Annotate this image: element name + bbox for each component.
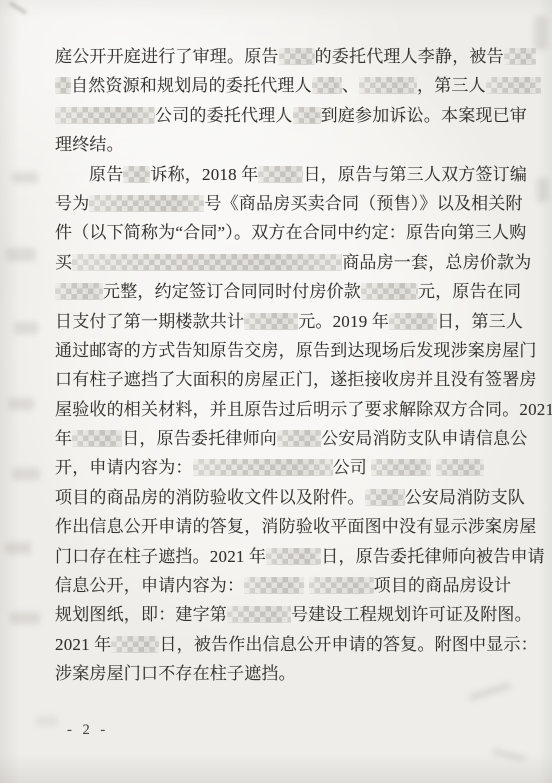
- scan-smudge: [8, 398, 34, 410]
- text-segment: ，第三人: [417, 76, 486, 95]
- text-segment: 号建设工程规划许可证及附图。: [291, 605, 532, 624]
- text-segment: 号为: [55, 194, 89, 213]
- text-segment: 庭公开开庭进行了审理。原告: [55, 47, 279, 66]
- scan-smudge: [537, 178, 549, 202]
- scan-smudge: [36, 716, 58, 726]
- text-segment: 诉称，2018 年: [150, 165, 258, 184]
- text-segment: 理终结。: [55, 135, 124, 154]
- text-segment: 、: [342, 76, 359, 95]
- text-line: 年日，原告委托律师向公安局消防支队申请信息公: [55, 424, 529, 453]
- scan-smudge: [14, 322, 38, 334]
- redaction-block: [227, 606, 291, 623]
- redaction-block: [365, 489, 405, 506]
- redaction-block: [258, 166, 303, 183]
- redaction-block: [361, 283, 418, 300]
- text-segment: 原告: [89, 165, 123, 184]
- redaction-block: [89, 195, 204, 212]
- text-segment: 2021 年: [55, 635, 111, 654]
- text-segment: [304, 576, 308, 595]
- text-line: 屋验收的相关材料，并且原告过后明示了要求解除双方合同。2021: [55, 395, 529, 424]
- text-segment: 元。2019 年: [298, 312, 389, 331]
- redaction-block: [293, 107, 321, 124]
- scanned-document-page: 庭公开开庭进行了审理。原告的委托代理人李静，被告自然资源和规划局的委托代理人、，…: [0, 0, 552, 783]
- redaction-block: [55, 77, 71, 94]
- scan-smudge: [492, 748, 526, 762]
- text-segment: 自然资源和规划局的委托代理人: [71, 76, 312, 95]
- text-line: 涉案房屋门口不存在柱子遮挡。: [55, 659, 529, 688]
- redaction-block: [193, 459, 333, 476]
- text-segment: 到庭参加诉讼。本案现已审: [321, 106, 527, 125]
- redaction-block: [55, 107, 155, 124]
- text-segment: 元，原告在同: [418, 282, 521, 301]
- scan-smudge: [12, 172, 38, 183]
- text-segment: 项目的商品房的消防验收文件以及附件。: [55, 488, 365, 507]
- document-text: 庭公开开庭进行了审理。原告的委托代理人李静，被告自然资源和规划局的委托代理人、，…: [55, 42, 529, 689]
- text-segment: 开，申请内容为：: [55, 458, 193, 477]
- text-segment: 公安局消防支队申请信息公: [321, 429, 527, 448]
- redaction-block: [309, 577, 374, 594]
- redaction-block: [486, 77, 541, 94]
- text-line: 日支付了第一期楼款共计元。2019 年日，第三人: [55, 307, 529, 336]
- text-segment: 信息公开，申请内容为：: [55, 576, 244, 595]
- text-segment: 通过邮寄的方式告知原告交房，原告到达现场后发现涉案房屋门: [55, 341, 537, 360]
- text-segment: 商品房一套，总房价款为: [342, 253, 531, 272]
- text-line: 口有柱子遮挡了大面积的房屋正门，遂拒接收房并且没有签署房: [55, 365, 529, 394]
- redaction-block: [111, 636, 159, 653]
- text-line: 庭公开开庭进行了审理。原告的委托代理人李静，被告: [55, 42, 529, 71]
- redaction-block: [279, 48, 315, 65]
- redaction-block: [371, 459, 431, 476]
- text-segment: 公安局消防支队: [405, 488, 525, 507]
- text-line: 项目的商品房的消防验收文件以及附件。公安局消防支队: [55, 483, 529, 512]
- text-line: 原告诉称，2018 年日，原告与第三人双方签订编: [55, 160, 529, 189]
- text-line: 号为号《商品房买卖合同（预售）》以及相关附: [55, 189, 529, 218]
- text-segment: 作出信息公开申请的答复，消防验收平面图中没有显示涉案房屋: [55, 517, 537, 536]
- text-segment: 涉案房屋门口不存在柱子遮挡。: [55, 664, 296, 683]
- redaction-block: [72, 430, 122, 447]
- redaction-block: [123, 166, 150, 183]
- text-segment: 项目的商品房设计: [374, 576, 512, 595]
- text-segment: 件（以下简称为“合同”）。双方在合同中约定：原告向第三人购: [55, 223, 526, 242]
- text-segment: 屋验收的相关材料，并且原告过后明示了要求解除双方合同。2021: [55, 400, 552, 419]
- text-segment: 号《商品房买卖合同（预售）》以及相关附: [204, 194, 522, 213]
- text-segment: 门口存在柱子遮挡。2021 年: [55, 547, 266, 566]
- redaction-block: [266, 548, 321, 565]
- text-segment: 公司: [333, 458, 367, 477]
- redaction-block: [244, 313, 298, 330]
- page-number: - 2 -: [67, 722, 109, 739]
- text-segment: 规划图纸，即：建字第: [55, 605, 227, 624]
- text-line: 买商品房一套，总房价款为: [55, 248, 529, 277]
- scan-smudge: [5, 542, 31, 554]
- scan-smudge: [8, 1, 27, 15]
- text-line: 自然资源和规划局的委托代理人、，第三人: [55, 71, 529, 100]
- scan-smudge: [12, 468, 40, 480]
- text-line: 件（以下简称为“合同”）。双方在合同中约定：原告向第三人购: [55, 218, 529, 247]
- redaction-block: [72, 254, 342, 271]
- redaction-block: [359, 77, 417, 94]
- text-segment: 元整，约定签订合同同时付房价款: [103, 282, 361, 301]
- text-segment: 年: [55, 429, 72, 448]
- text-line: 作出信息公开申请的答复，消防验收平面图中没有显示涉案房屋: [55, 512, 529, 541]
- scan-smudge: [534, 16, 548, 50]
- text-segment: 公司的委托代理人: [155, 106, 293, 125]
- text-segment: 日，原告与第三人双方签订编: [303, 165, 527, 184]
- text-line: 规划图纸，即：建字第号建设工程规划许可证及附图。: [55, 600, 529, 629]
- text-line: 门口存在柱子遮挡。2021 年日，原告委托律师向被告申请: [55, 542, 529, 571]
- redaction-block: [244, 577, 304, 594]
- text-line: 理终结。: [55, 130, 529, 159]
- scan-smudge: [10, 612, 40, 624]
- text-line: 元整，约定签订合同同时付房价款元，原告在同: [55, 277, 529, 306]
- text-segment: 日，第三人: [437, 312, 523, 331]
- text-segment: 日，原告委托律师向被告申请: [321, 547, 545, 566]
- text-segment: 买: [55, 253, 72, 272]
- text-segment: 的委托代理人李静，被告: [315, 47, 504, 66]
- text-line: 公司的委托代理人到庭参加诉讼。本案现已审: [55, 101, 529, 130]
- scan-smudge: [6, 248, 36, 261]
- text-line: 2021 年日，被告作出信息公开申请的答复。附图中显示：: [55, 630, 529, 659]
- text-segment: 口有柱子遮挡了大面积的房屋正门，遂拒接收房并且没有签署房: [55, 370, 537, 389]
- redaction-block: [389, 313, 437, 330]
- redaction-block: [55, 283, 103, 300]
- redaction-block: [504, 48, 536, 65]
- redaction-block: [436, 459, 484, 476]
- text-segment: 日，原告委托律师向: [122, 429, 277, 448]
- text-line: 信息公开，申请内容为： 项目的商品房设计: [55, 571, 529, 600]
- text-line: 开，申请内容为：公司: [55, 453, 529, 482]
- text-segment: 日，被告作出信息公开申请的答复。附图中显示：: [159, 635, 537, 654]
- redaction-block: [277, 430, 321, 447]
- redaction-block: [312, 77, 342, 94]
- text-line: 通过邮寄的方式告知原告交房，原告到达现场后发现涉案房屋门: [55, 336, 529, 365]
- text-segment: 日支付了第一期楼款共计: [55, 312, 244, 331]
